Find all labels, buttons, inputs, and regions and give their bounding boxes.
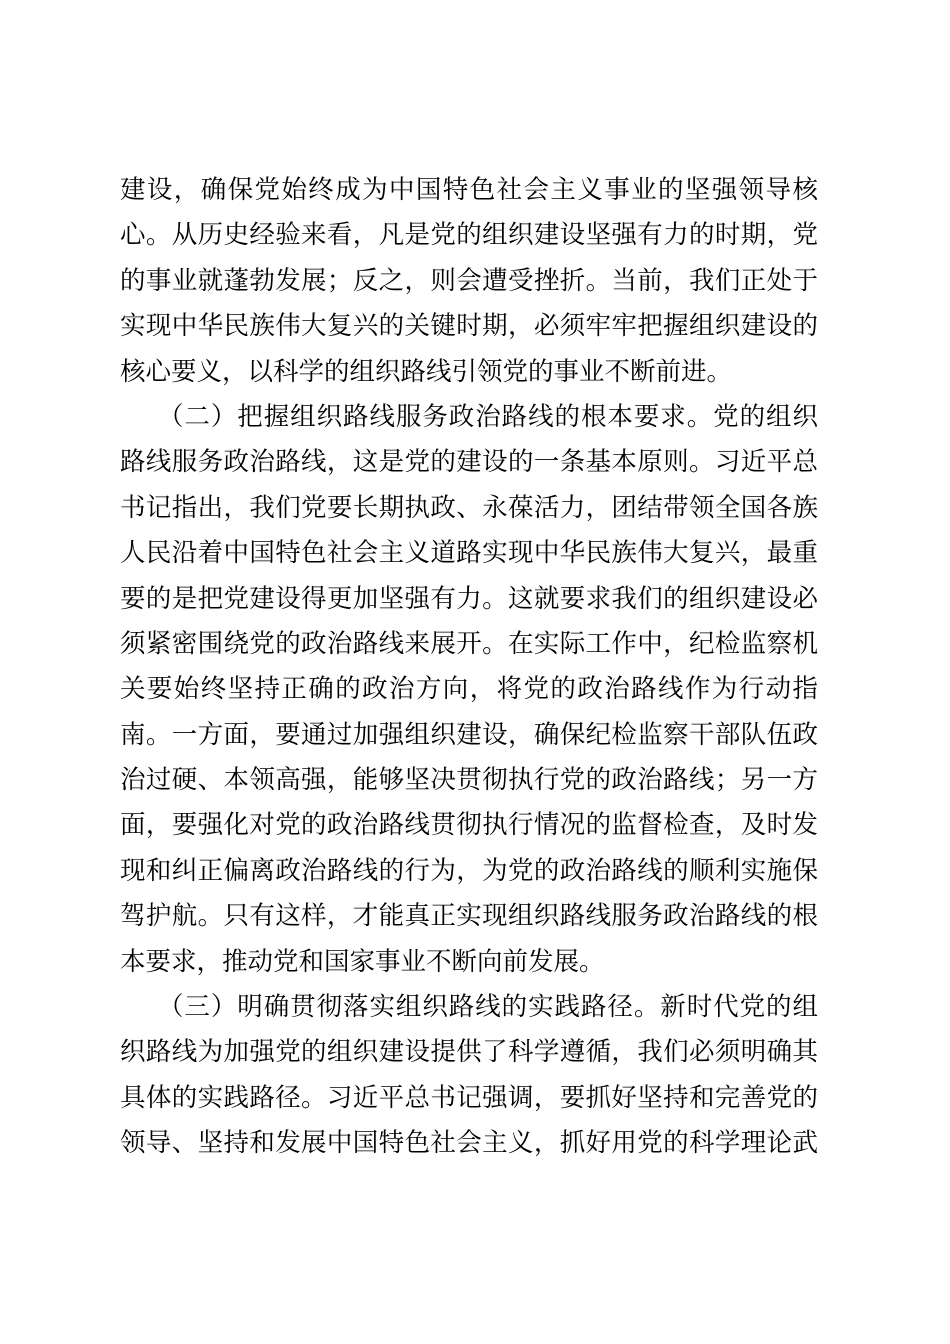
text-line: 现和纠正偏离政治路线的行为，为党的政治路线的顺利实施保 — [120, 849, 818, 894]
paragraph-1: 建设，确保党始终成为中国特色社会主义事业的坚强领导核 心。从历史经验来看，凡是党… — [120, 168, 818, 395]
text-line: （二）把握组织路线服务政治路线的根本要求。党的组织 — [120, 395, 818, 440]
paragraph-3: （三）明确贯彻落实组织路线的实践路径。新时代党的组 织路线为加强党的组织建设提供… — [120, 985, 818, 1167]
text-line: 核心要义，以科学的组织路线引领党的事业不断前进。 — [120, 350, 818, 395]
text-line: 路线服务政治路线，这是党的建设的一条基本原则。习近平总 — [120, 440, 818, 485]
text-line: （三）明确贯彻落实组织路线的实践路径。新时代党的组 — [120, 985, 818, 1030]
text-line: 实现中华民族伟大复兴的关键时期，必须牢牢把握组织建设的 — [120, 304, 818, 349]
text-line: 驾护航。只有这样，才能真正实现组织路线服务政治路线的根 — [120, 894, 818, 939]
text-line: 书记指出，我们党要长期执政、永葆活力，团结带领全国各族 — [120, 486, 818, 531]
text-line: 心。从历史经验来看，凡是党的组织建设坚强有力的时期，党 — [120, 213, 818, 258]
text-line: 领导、坚持和发展中国特色社会主义，抓好用党的科学理论武 — [120, 1121, 818, 1166]
text-line: 的事业就蓬勃发展；反之，则会遭受挫折。当前，我们正处于 — [120, 259, 818, 304]
text-line: 南。一方面，要通过加强组织建设，确保纪检监察干部队伍政 — [120, 713, 818, 758]
text-line: 建设，确保党始终成为中国特色社会主义事业的坚强领导核 — [120, 168, 818, 213]
text-line: 关要始终坚持正确的政治方向，将党的政治路线作为行动指 — [120, 667, 818, 712]
paragraph-2: （二）把握组织路线服务政治路线的根本要求。党的组织 路线服务政治路线，这是党的建… — [120, 395, 818, 985]
document-page: 建设，确保党始终成为中国特色社会主义事业的坚强领导核 心。从历史经验来看，凡是党… — [0, 0, 950, 1344]
text-line: 须紧密围绕党的政治路线来展开。在实际工作中，纪检监察机 — [120, 622, 818, 667]
text-line: 具体的实践路径。习近平总书记强调，要抓好坚持和完善党的 — [120, 1076, 818, 1121]
text-line: 本要求，推动党和国家事业不断向前发展。 — [120, 940, 818, 985]
text-line: 面，要强化对党的政治路线贯彻执行情况的监督检查，及时发 — [120, 803, 818, 848]
text-line: 治过硬、本领高强，能够坚决贯彻执行党的政治路线；另一方 — [120, 758, 818, 803]
text-line: 要的是把党建设得更加坚强有力。这就要求我们的组织建设必 — [120, 577, 818, 622]
text-line: 织路线为加强党的组织建设提供了科学遵循，我们必须明确其 — [120, 1030, 818, 1075]
text-line: 人民沿着中国特色社会主义道路实现中华民族伟大复兴，最重 — [120, 531, 818, 576]
